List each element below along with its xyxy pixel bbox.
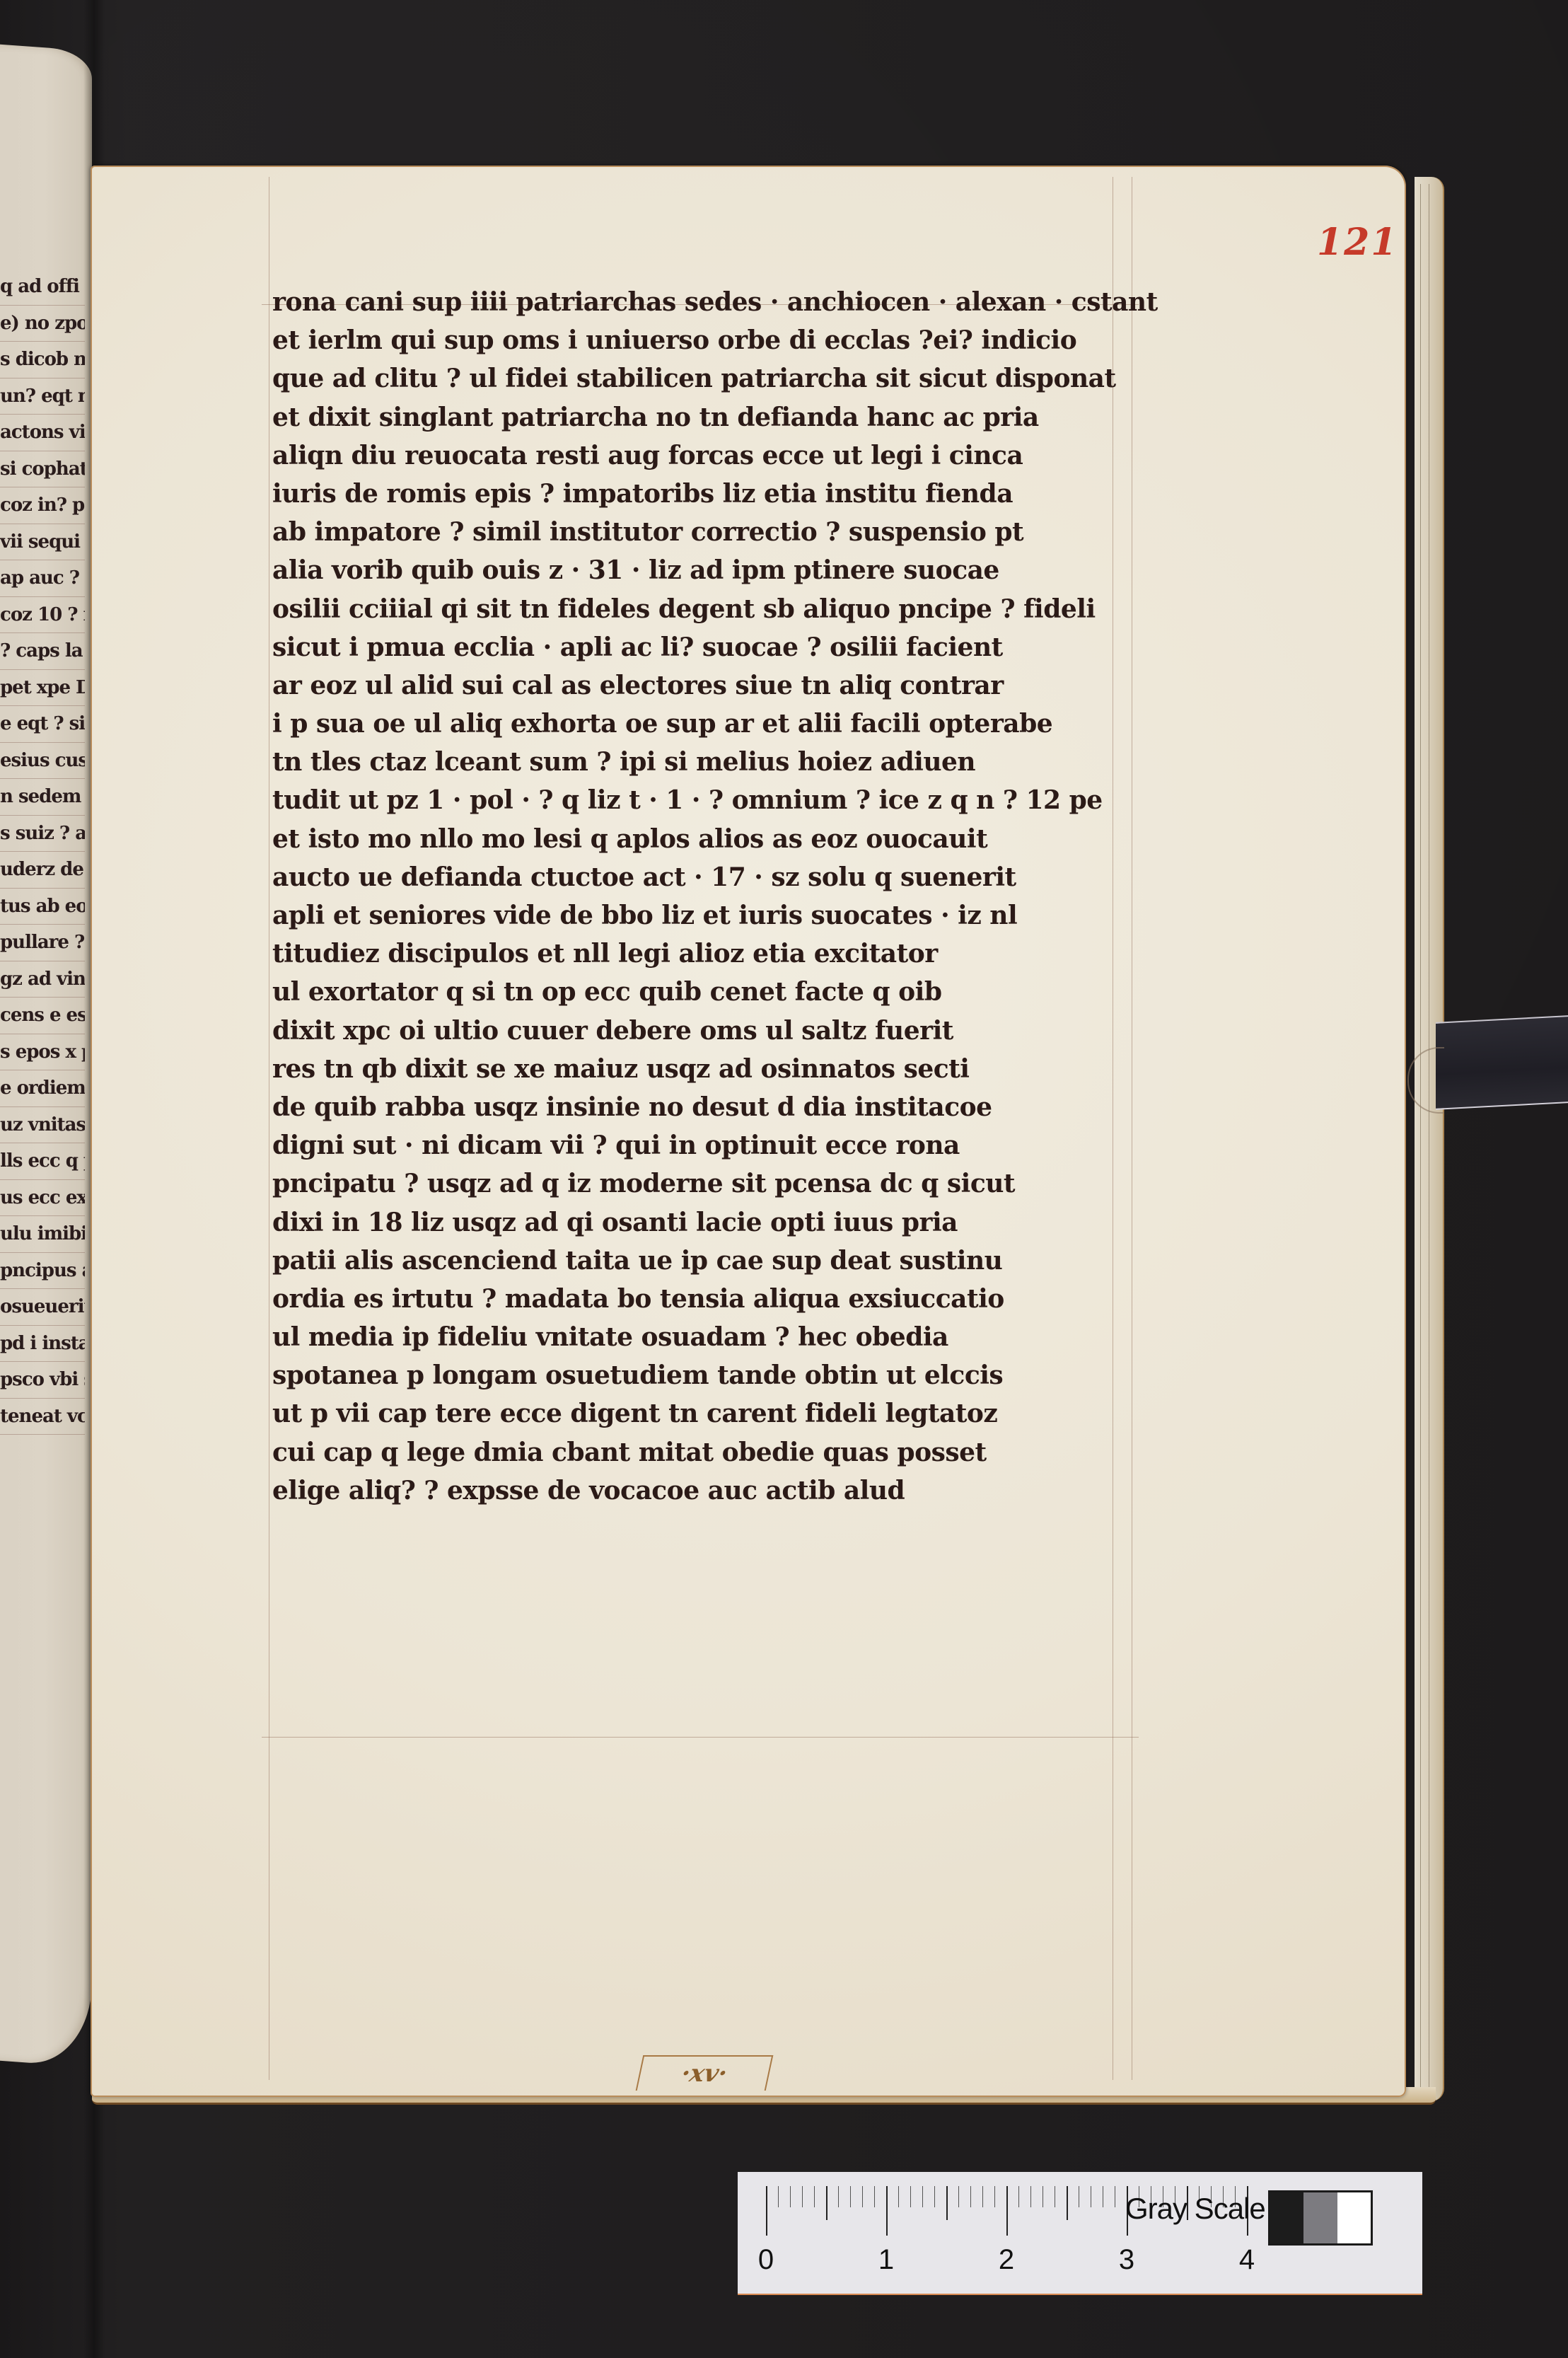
ruler-tick — [898, 2186, 899, 2207]
manuscript-text-line: apli et seniores vide de bbo liz et iuri… — [272, 896, 1163, 935]
ruler-tick — [1055, 2186, 1055, 2207]
left-page-text-line: un? eqt no z — [0, 378, 85, 415]
ruler-label: 0 — [758, 2244, 774, 2276]
manuscript-text-line: de quib rabba usqz insinie no desut d di… — [272, 1088, 1163, 1126]
left-page-text-line: uderz de spuslus — [0, 852, 85, 889]
page-stack-edge — [1415, 177, 1444, 2101]
ruler-tick — [994, 2186, 995, 2207]
ruler-tick — [1067, 2186, 1068, 2220]
manuscript-text-line: osilii cciiial qi sit tn fideles degent … — [272, 590, 1163, 628]
left-page-text-line: e) no zpo — [0, 306, 85, 342]
ruler-tick — [1079, 2186, 1079, 2207]
left-page-text-line: s dicob nois — [0, 342, 85, 378]
left-page-text-line: gz ad vinctu — [0, 961, 85, 998]
manuscript-text-line: et isto mo nllo mo lesi q aplos alios as… — [272, 820, 1163, 858]
ruler-tick — [850, 2186, 851, 2207]
left-page-text-line: osueuerit ns — [0, 1289, 85, 1326]
ruler-tick — [838, 2186, 839, 2207]
ruler-tick — [1091, 2186, 1091, 2207]
manuscript-text-line: pncipatu ? usqz ad q iz moderne sit pcen… — [272, 1164, 1163, 1203]
bookmark-ribbon — [1436, 1015, 1568, 1110]
manuscript-text-line: rona cani sup iiii patriarchas sedes · a… — [272, 283, 1163, 321]
ruler-tick — [946, 2186, 948, 2220]
ruler-tick — [766, 2186, 767, 2236]
ruler-tick — [1030, 2186, 1031, 2207]
left-page-text-line: pullare ? isto — [0, 925, 85, 961]
quire-signature: ·xv· — [636, 2055, 774, 2091]
left-page-text-line: ulu imibi fa — [0, 1216, 85, 1253]
calibration-card: 01234 Gray Scale — [738, 2172, 1422, 2295]
ruler-tick — [958, 2186, 959, 2207]
ruler-tick — [910, 2186, 911, 2207]
ruler-tick — [862, 2186, 863, 2207]
left-page-text-line: tus ab eo alie — [0, 889, 85, 925]
ruler-scale: 01234 — [766, 2186, 1134, 2292]
manuscript-text-line: aucto ue defianda ctuctoe act · 17 · sz … — [272, 858, 1163, 896]
left-page-text-line: pncipus auc — [0, 1253, 85, 1290]
ruler-tick — [970, 2186, 971, 2207]
ruling-bottom — [262, 1737, 1139, 1738]
left-page-text-line: n sedem teneat — [0, 779, 85, 816]
ruler-tick — [934, 2186, 935, 2207]
ruler-tick — [874, 2186, 875, 2207]
manuscript-text-line: ut p vii cap tere ecce digent tn carent … — [272, 1394, 1163, 1433]
ruler-tick — [1006, 2186, 1008, 2236]
gray-scale-swatches — [1268, 2190, 1373, 2246]
left-page-text-line: ap auc ? ob — [0, 560, 85, 597]
manuscript-text-line: ul media ip fideliu vnitate osuadam ? he… — [272, 1318, 1163, 1356]
ruler-label: 4 — [1239, 2244, 1255, 2276]
left-page-text-line: esius cusir a — [0, 743, 85, 780]
manuscript-text-line: i p sua oe ul aliq exhorta oe sup ar et … — [272, 705, 1163, 743]
ruler-tick — [826, 2186, 827, 2220]
manuscript-text-line: spotanea p longam osuetudiem tande obtin… — [272, 1356, 1163, 1394]
left-page-text-line: q ad offi inst — [0, 269, 85, 306]
manuscript-text-line: tn tles ctaz lceant sum ? ipi si melius … — [272, 743, 1163, 781]
gray-scale-label: Gray Scale — [1125, 2192, 1265, 2226]
ruler-tick — [1115, 2186, 1115, 2207]
manuscript-text-line: tudit ut pz 1 · pol · ? q liz t · 1 · ? … — [272, 781, 1163, 819]
gray-swatch — [1303, 2192, 1337, 2243]
manuscript-text-line: ul exortator q si tn op ecc quib cenet f… — [272, 973, 1163, 1011]
manuscript-text-line: titudiez discipulos et nll legi alioz et… — [272, 935, 1163, 973]
left-page-text-line: lls ecc q plib — [0, 1143, 85, 1180]
ruler-tick — [802, 2186, 803, 2207]
left-page-text-line: e eqt ? sius alle — [0, 706, 85, 743]
left-page-text-line: cens e esse va — [0, 998, 85, 1034]
manuscript-text-line: et dixit singlant patriarcha no tn defia… — [272, 398, 1163, 437]
manuscript-text-line: ab impatore ? simil institutor correctio… — [272, 513, 1163, 551]
manuscript-text-line: iuris de romis epis ? impatoribs liz eti… — [272, 475, 1163, 513]
ruler-label: 1 — [878, 2244, 894, 2276]
left-page-text-line: coz in? pfue — [0, 487, 85, 524]
manuscript-text-line: sicut i pmua ecclia · apli ac li? suocae… — [272, 628, 1163, 666]
manuscript-text-line: ordia es irtutu ? madata bo tensia aliqu… — [272, 1280, 1163, 1318]
manuscript-text-line: cui cap q lege dmia cbant mitat obedie q… — [272, 1433, 1163, 1472]
left-page-text-line: pet xpe Do — [0, 670, 85, 707]
ruling-left-margin — [269, 177, 269, 2080]
ruler-tick — [1103, 2186, 1103, 2207]
ruler-tick — [814, 2186, 815, 2207]
ruler-tick — [790, 2186, 791, 2207]
ruler-label: 3 — [1119, 2244, 1134, 2276]
manuscript-text-line: que ad clitu ? ul fidei stabilicen patri… — [272, 359, 1163, 398]
left-page-text-line: pd i instaue — [0, 1326, 85, 1363]
left-page-text-line: actons vii — [0, 415, 85, 451]
ruler-tick — [1018, 2186, 1019, 2207]
left-page-text-line: vii sequi th — [0, 524, 85, 561]
left-page-text-line: s epos x ples — [0, 1034, 85, 1071]
left-page-text-line: uz vnitas fidei — [0, 1107, 85, 1144]
manuscript-text-line: et ierlm qui sup oms i uniuerso orbe di … — [272, 321, 1163, 359]
left-page-text-line: s suiz ? ad ch — [0, 816, 85, 853]
left-page-text-line: coz 10 ? max — [0, 597, 85, 634]
manuscript-text-line: aliqn diu reuocata resti aug forcas ecce… — [272, 437, 1163, 475]
manuscript-text-line: dixit xpc oi ultio cuuer debere oms ul s… — [272, 1012, 1163, 1050]
manuscript-text-line: elige aliq? ? expsse de vocacoe auc acti… — [272, 1472, 1163, 1510]
ruler-tick — [778, 2186, 779, 2207]
left-page-text: q ad offi inste) no zpos dicob noisun? e… — [0, 269, 85, 1435]
ruler-tick — [982, 2186, 983, 2207]
ruler-label: 2 — [999, 2244, 1014, 2276]
manuscript-text-line: res tn qb dixit se xe maiuz usqz ad osin… — [272, 1050, 1163, 1088]
manuscript-text-line: dixi in 18 liz usqz ad qi osanti lacie o… — [272, 1203, 1163, 1242]
left-page-text-line: teneat vcu — [0, 1399, 85, 1435]
manuscript-text-line: ar eoz ul alid sui cal as electores siue… — [272, 666, 1163, 705]
left-page-text-line: us ecc ex aliq — [0, 1180, 85, 1217]
quire-signature-text: ·xv· — [679, 2059, 730, 2088]
gray-swatch — [1337, 2192, 1371, 2243]
ruler-tick — [1043, 2186, 1043, 2207]
left-page-text-line: si cophat ho — [0, 451, 85, 488]
manuscript-text-line: digni sut · ni dicam vii ? qui in optinu… — [272, 1126, 1163, 1164]
main-text-block: rona cani sup iiii patriarchas sedes · a… — [272, 283, 1163, 1510]
left-page-text-line: ? caps la — [0, 633, 85, 670]
manuscript-text-line: patii alis ascenciend taita ue ip cae su… — [272, 1242, 1163, 1280]
left-page-text-line: e ordiem locor — [0, 1070, 85, 1107]
ruler-tick — [886, 2186, 888, 2236]
manuscript-text-line: alia vorib quib ouis z · 31 · liz ad ipm… — [272, 551, 1163, 589]
gray-swatch — [1270, 2192, 1303, 2243]
left-page-text-line: psco vbi se — [0, 1362, 85, 1399]
ruler-tick — [922, 2186, 923, 2207]
folio-number: 121 — [1317, 221, 1398, 264]
